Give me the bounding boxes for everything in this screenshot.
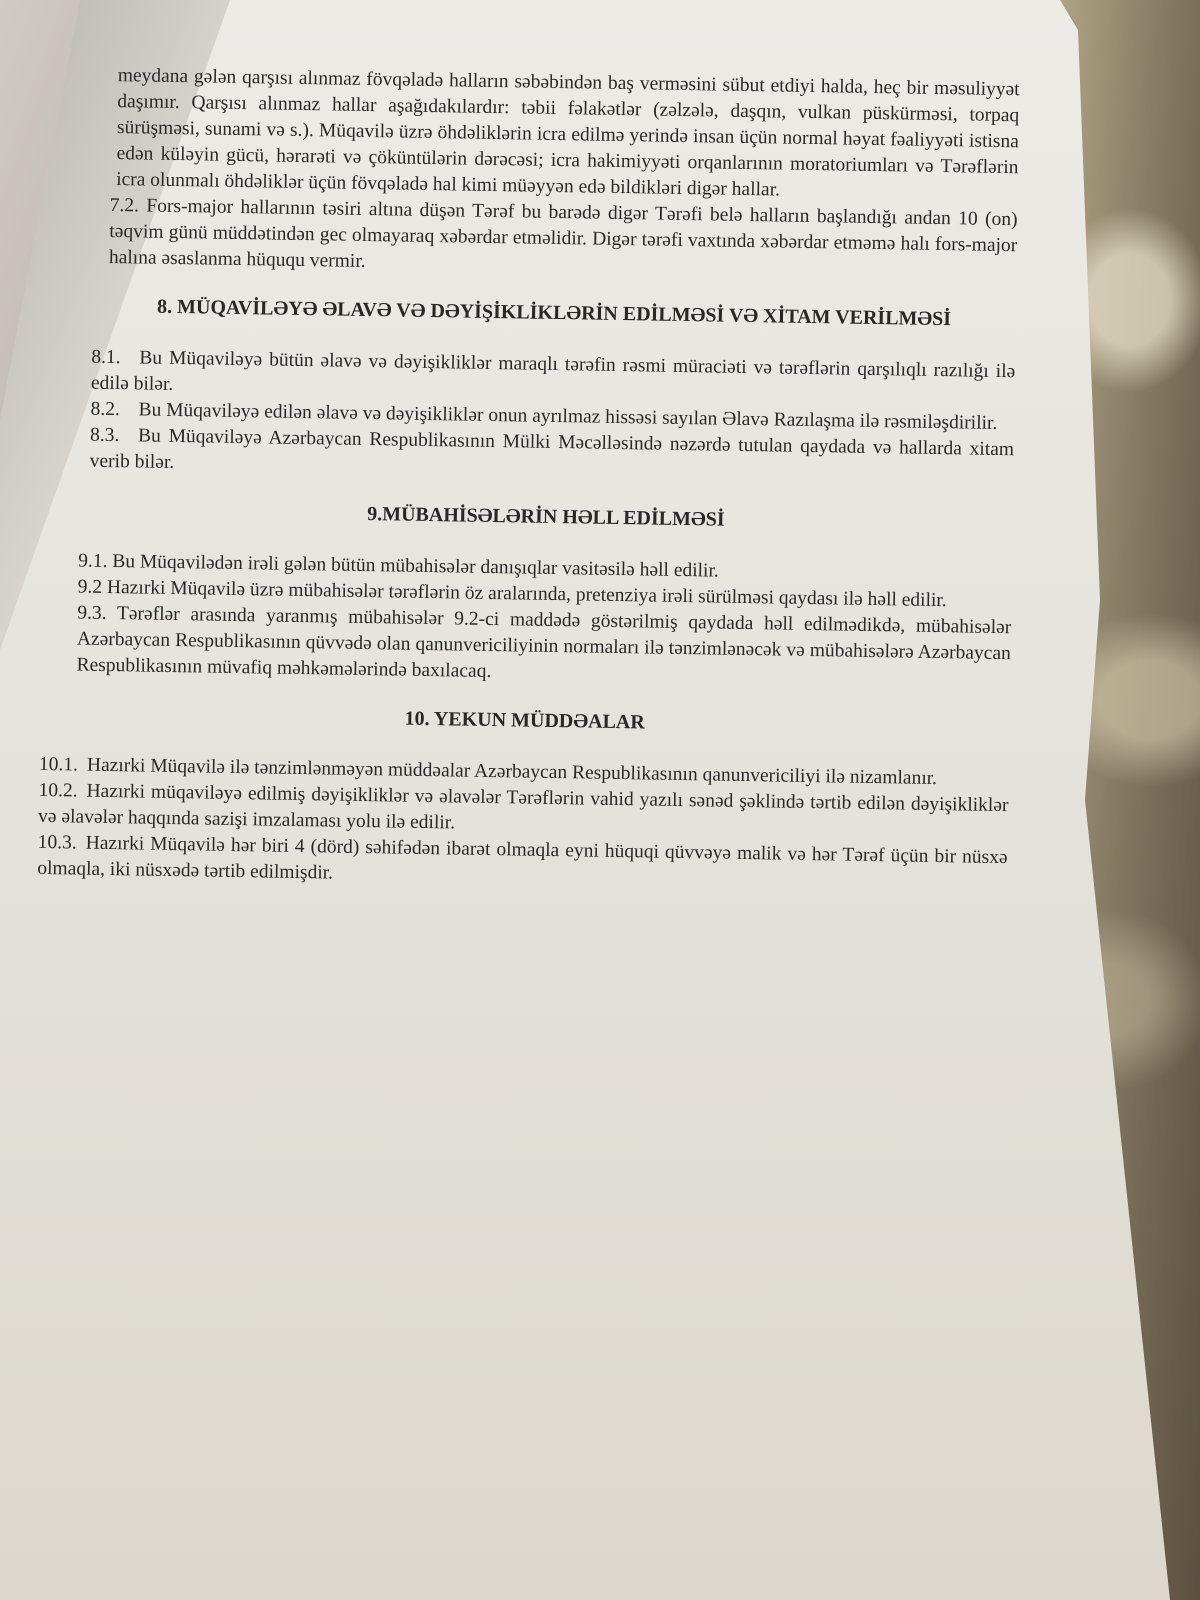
section-10-heading: 10. YEKUN MÜDDƏALAR [40, 700, 1010, 741]
contract-document: meydana gələn qarşısı alınmaz fövqəladə … [37, 62, 1020, 903]
force-majeure-paragraph: meydana gələn qarşısı alınmaz fövqəladə … [48, 62, 1020, 207]
section-10: 10. YEKUN MÜDDƏALAR 10.1.Hazırki Müqavil… [37, 700, 1010, 897]
section-9-heading: 9.MÜBAHİSƏLƏRİN HƏLL EDİLMƏSİ [79, 497, 1013, 538]
clause-7-2: 7.2. Fors-major hallarının təsiri altına… [47, 192, 1018, 285]
clause-9-3: 9.3. Tərəflər arasında yaranmış mübahisə… [76, 600, 1011, 693]
section-9: 9.MÜBAHİSƏLƏRİN HƏLL EDİLMƏSİ 9.1. Bu Mü… [40, 496, 1013, 693]
section-8-heading: 8. MÜQAVİLƏYƏ ƏLAVƏ VƏ DƏYİŞİKLİKLƏRİN E… [92, 293, 1016, 334]
section-8: 8. MÜQAVİLƏYƏ ƏLAVƏ VƏ DƏYİŞİKLİKLƏRİN E… [44, 292, 1017, 489]
